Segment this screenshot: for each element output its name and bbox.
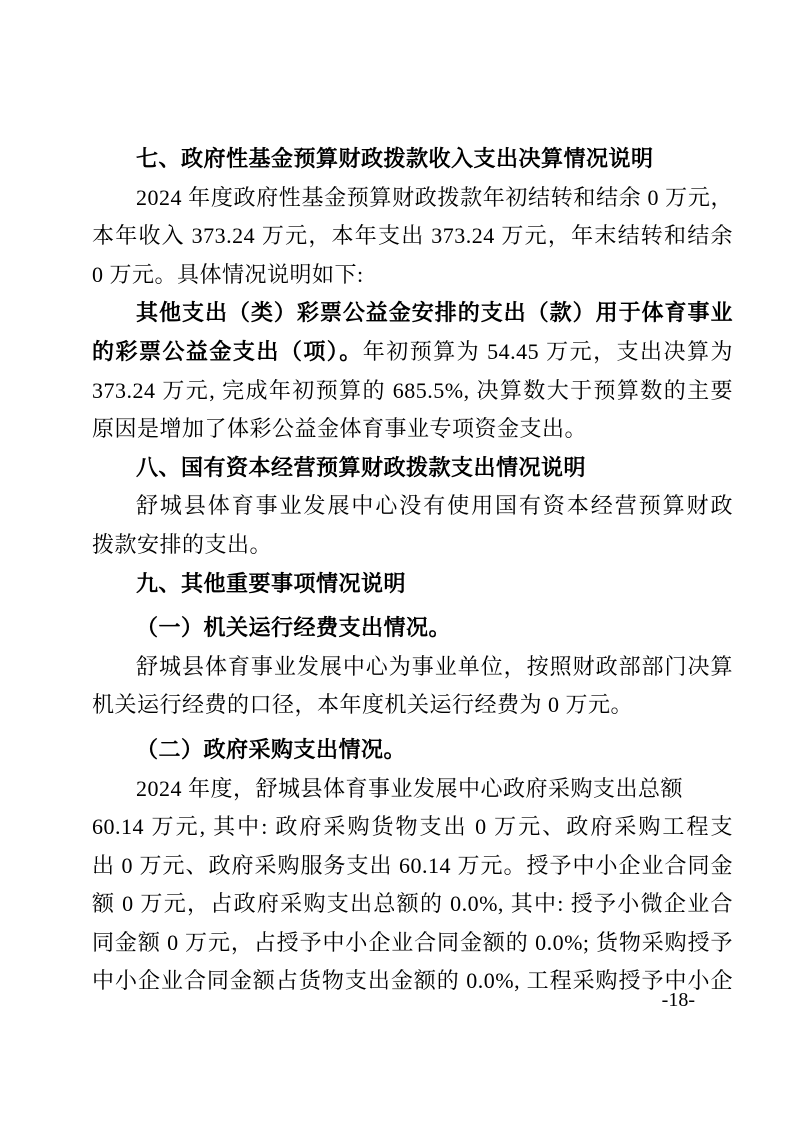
emphasis-line: 其他支出（类）彩票公益金安排的支出（款）用于体育事业 xyxy=(92,294,733,333)
text-line: 额 0 万元，占政府采购支出总额的 0.0%, 其中: 授予小微企业合 xyxy=(92,885,733,924)
section-heading-7: 七、政府性基金预算财政拨款收入支出决算情况说明 xyxy=(92,140,733,179)
text-line: 2024 年度，舒城县体育事业发展中心政府采购支出总额 xyxy=(92,770,733,809)
emphasis-text: 的彩票公益金支出（项）。 xyxy=(92,339,363,364)
text-line: 舒城县体育事业发展中心为事业单位，按照财政部部门决算 xyxy=(92,648,733,687)
text-line: 机关运行经费的口径，本年度机关运行经费为 0 万元。 xyxy=(92,686,733,725)
page-number: -18- xyxy=(0,988,695,1012)
text-line: 的彩票公益金支出（项）。年初预算为 54.45 万元，支出决算为 xyxy=(92,333,733,372)
body-text: 年初预算为 54.45 万元，支出决算为 xyxy=(363,339,733,364)
document-content: 七、政府性基金预算财政拨款收入支出决算情况说明 2024 年度政府性基金预算财政… xyxy=(92,140,733,1001)
document-page: 七、政府性基金预算财政拨款收入支出决算情况说明 2024 年度政府性基金预算财政… xyxy=(0,0,793,1122)
subsection-heading-2: （二）政府采购支出情况。 xyxy=(92,731,733,770)
text-line: 原因是增加了体彩公益金体育事业专项资金支出。 xyxy=(92,410,733,449)
text-line: 本年收入 373.24 万元，本年支出 373.24 万元，年末结转和结余 xyxy=(92,217,733,256)
section-heading-8: 八、国有资本经营预算财政拨款支出情况说明 xyxy=(92,449,733,488)
subsection-heading-1: （一）机关运行经费支出情况。 xyxy=(92,609,733,648)
text-line: 2024 年度政府性基金预算财政拨款年初结转和结余 0 万元， xyxy=(92,179,733,218)
text-line: 373.24 万元, 完成年初预算的 685.5%, 决算数大于预算数的主要 xyxy=(92,372,733,411)
text-line: 60.14 万元, 其中: 政府采购货物支出 0 万元、政府采购工程支 xyxy=(92,808,733,847)
text-line: 同金额 0 万元，占授予中小企业合同金额的 0.0%; 货物采购授予 xyxy=(92,924,733,963)
text-line: 舒城县体育事业发展中心没有使用国有资本经营预算财政 xyxy=(92,487,733,526)
text-line: 0 万元。具体情况说明如下: xyxy=(92,256,733,295)
section-heading-9: 九、其他重要事项情况说明 xyxy=(92,565,733,604)
text-line: 拨款安排的支出。 xyxy=(92,526,733,565)
text-line: 出 0 万元、政府采购服务支出 60.14 万元。授予中小企业合同金 xyxy=(92,847,733,886)
